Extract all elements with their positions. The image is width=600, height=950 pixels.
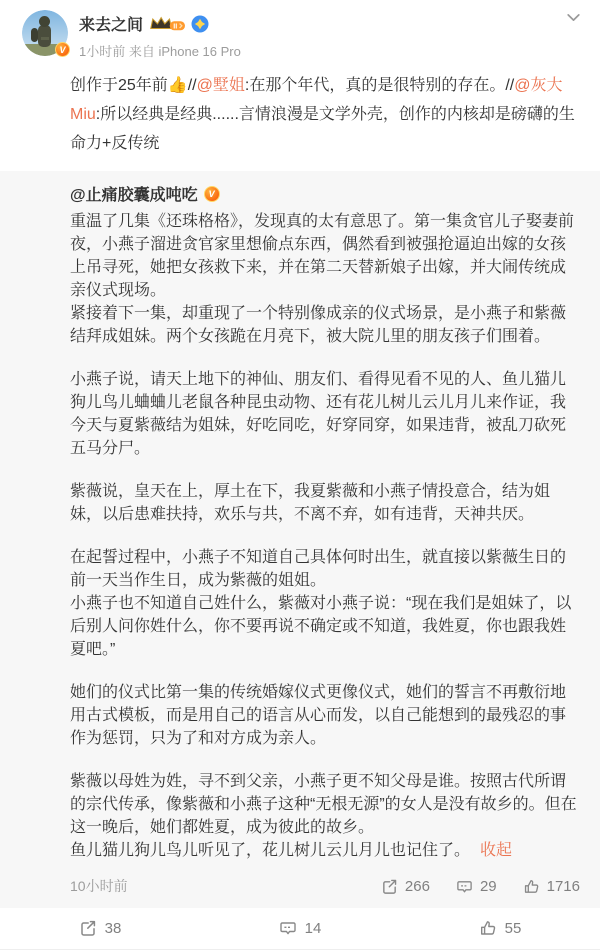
repost-icon	[79, 919, 97, 937]
quote-paragraph: 紧接着下一集，却重现了一个特别像成亲的仪式场景，是小燕子和紫薇结拜成姐妹。两个女…	[70, 302, 580, 348]
svg-text:II: II	[173, 21, 177, 30]
mention-link[interactable]: @墅姐	[197, 77, 245, 94]
quote-author-row: @止痛胶囊成吨吃 V	[70, 182, 580, 205]
comment-stat[interactable]: 29	[456, 878, 497, 895]
quote-timestamp: 10小时前	[70, 876, 128, 896]
action-bar: 38 14 55	[0, 908, 600, 950]
comment-count: 14	[305, 920, 322, 937]
repost-button[interactable]: 38	[0, 918, 200, 938]
quote-paragraph: 在起誓过程中，小燕子不知道自己具体何时出生，就直接以紫薇生日的前一天当作生日，成…	[70, 546, 580, 592]
post-text: 创作于25年前👍//@墅姐:在那个年代，真的是很特别的存在。//@灰大Miu:所…	[0, 60, 600, 171]
quote-paragraph: 紫薇以母姓为姓，寻不到父亲，小燕子更不知父母是谁。按照古代所谓的宗代传承，像紫薇…	[70, 770, 580, 839]
like-button[interactable]: 55	[400, 918, 600, 938]
repost-count: 266	[405, 878, 430, 895]
verified-v-badge: V	[55, 42, 70, 57]
quote-paragraph: 鱼儿猫儿狗儿鸟儿听见了，花儿树儿云儿月儿也记住了。收起	[70, 839, 580, 862]
repost-icon	[381, 878, 398, 895]
post-text-segment: 创作于25年前👍//	[70, 77, 197, 94]
quote-paragraphs: 重温了几集《还珠格格》，发现真的太有意思了。第一集贪官儿子娶妻前夜，小燕子溜进贪…	[70, 210, 580, 839]
repost-stat[interactable]: 266	[381, 878, 430, 895]
user-info: 来去之间 II 1小时前 来自 iPhone 16 Pro	[79, 10, 241, 60]
quote-paragraph: 紫薇说，皇天在上，厚土在下，我夏紫薇和小燕子情投意合，结为姐妹，以后患难扶持，欢…	[70, 480, 580, 526]
quote-paragraph: 重温了几集《还珠格格》，发现真的太有意思了。第一集贪官儿子娶妻前夜，小燕子溜进贪…	[70, 210, 580, 302]
quote-last-text: 鱼儿猫儿狗儿鸟儿听见了，花儿树儿云儿月儿也记住了。	[70, 842, 470, 859]
collapse-link[interactable]: 收起	[480, 842, 512, 859]
quote-stats: 266 29 1716	[381, 878, 580, 895]
weibo-post: V 来去之间 II 1小时前 来自 iPhone 16 Pro 创作于	[0, 0, 600, 950]
like-count: 55	[505, 920, 522, 937]
quote-paragraph: 她们的仪式比第一集的传统婚嫁仪式更像仪式，她们的誓言不再敷衍地用古式模板，而是用…	[70, 681, 580, 750]
quote-paragraph: 小燕子也不知道自己姓什么，紫薇对小燕子说：“现在我们是姐妹了，以后别人问你姓什么…	[70, 592, 580, 661]
username[interactable]: 来去之间	[79, 12, 143, 35]
repost-count: 38	[105, 920, 122, 937]
quote-author-link[interactable]: @止痛胶囊成吨吃	[70, 182, 198, 205]
quote-footer: 10小时前 266 29	[70, 876, 580, 896]
vip-crown-badge: II	[148, 15, 186, 33]
quote-paragraph: 小燕子说，请天上地下的神仙、朋友们、看得见看不见的人、鱼儿猫儿狗儿鸟儿蛐蛐儿老鼠…	[70, 368, 580, 460]
post-meta: 1小时前 来自 iPhone 16 Pro	[79, 41, 241, 60]
like-stat[interactable]: 1716	[523, 878, 580, 895]
verified-v-badge: V	[204, 186, 220, 202]
post-header: V 来去之间 II 1小时前 来自 iPhone 16 Pro	[0, 0, 600, 60]
avatar[interactable]: V	[22, 10, 68, 56]
comment-count: 29	[480, 878, 497, 895]
post-text-segment: :所以经典是经典......言情浪漫是文学外壳，创作的内核却是磅礴的生命力+反传…	[70, 106, 575, 152]
quote-body: 重温了几集《还珠格格》，发现真的太有意思了。第一集贪官儿子娶妻前夜，小燕子溜进贪…	[70, 210, 580, 862]
comment-button[interactable]: 14	[200, 918, 400, 938]
like-count: 1716	[547, 878, 580, 895]
post-text-segment: :在那个年代，真的是很特别的存在。//	[245, 77, 514, 94]
comment-icon	[456, 878, 473, 895]
quoted-post-card[interactable]: @止痛胶囊成吨吃 V 重温了几集《还珠格格》，发现真的太有意思了。第一集贪官儿子…	[0, 171, 600, 908]
like-icon	[479, 919, 497, 937]
chevron-down-icon[interactable]	[565, 9, 582, 26]
blue-membership-badge	[191, 15, 209, 33]
like-icon	[523, 878, 540, 895]
comment-icon	[279, 919, 297, 937]
